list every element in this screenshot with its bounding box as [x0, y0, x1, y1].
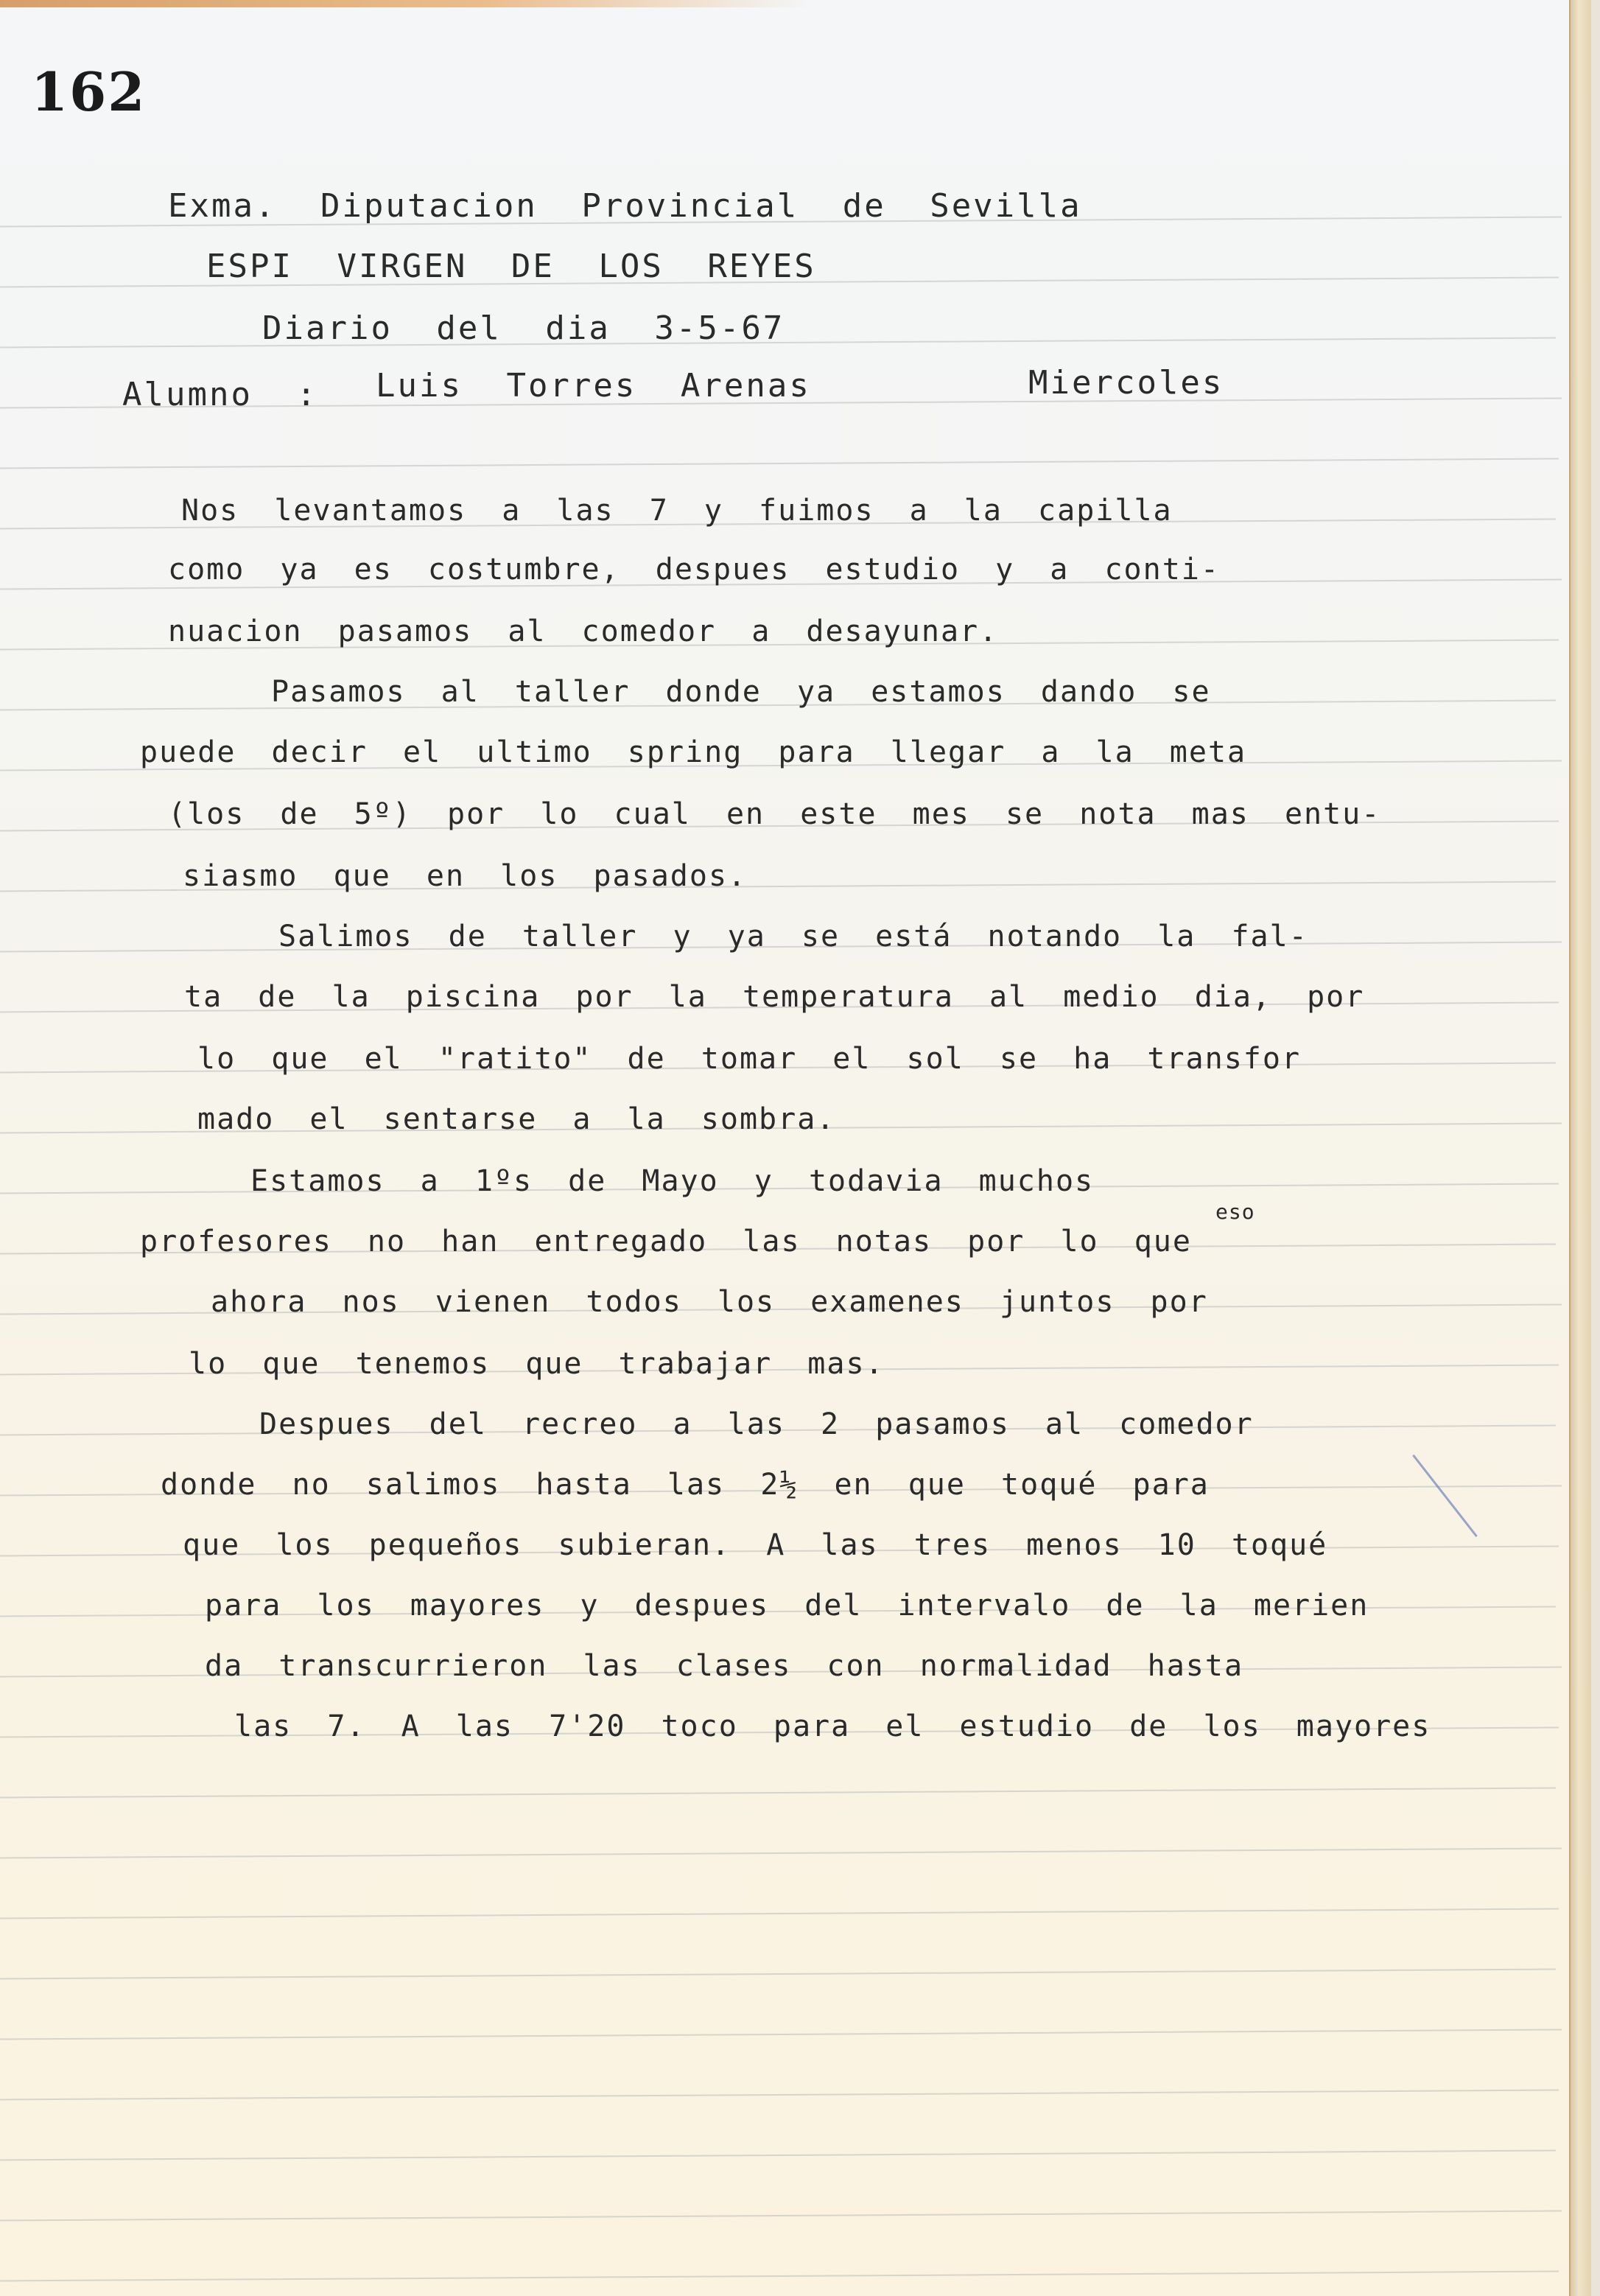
diary-line: las 7. A las 7'20 toco para el estudio d…: [234, 1709, 1431, 1743]
ruled-line: [0, 2211, 1562, 2222]
ruled-line: [0, 1848, 1562, 1859]
diary-line: da transcurrieron las clases con normali…: [205, 1649, 1243, 1683]
ruled-line: [0, 1969, 1556, 1980]
header-weekday: Miercoles: [1028, 364, 1224, 402]
page-number: 162: [31, 60, 146, 123]
ruled-line: [0, 2029, 1562, 2040]
diary-line: Estamos a 1ºs de Mayo y todavia muchos: [250, 1164, 1094, 1198]
diary-line: como ya es costumbre, despues estudio y …: [168, 553, 1220, 587]
diary-line: mado el sentarse a la sombra.: [197, 1102, 835, 1136]
ruled-line: [0, 2090, 1559, 2101]
ruled-line: [0, 1788, 1556, 1799]
diary-line: profesores no han entregado las notas po…: [140, 1225, 1192, 1259]
header-school: ESPI VIRGEN DE LOS REYES: [206, 248, 816, 285]
header-date: Diario del dia 3-5-67: [262, 309, 785, 347]
header-institution: Exma. Diputacion Provincial de Sevilla: [168, 187, 1082, 225]
diary-line: siasmo que en los pasados.: [183, 859, 747, 893]
page-edge-stain: [0, 0, 810, 7]
ruled-line: [0, 1908, 1559, 1919]
diary-line: donde no salimos hasta las 2½ en que toq…: [161, 1468, 1210, 1502]
diary-line: para los mayores y despues del intervalo…: [205, 1589, 1369, 1623]
diary-line: que los pequeños subieran. A las tres me…: [183, 1528, 1327, 1562]
notebook-binding-edge: [1569, 0, 1591, 2296]
diary-line: puede decir el ultimo spring para llegar…: [140, 735, 1246, 769]
stray-pen-stroke: [1412, 1455, 1478, 1537]
header-student-name: Luis Torres Arenas: [376, 367, 811, 405]
diary-line: ahora nos vienen todos los examenes junt…: [211, 1285, 1208, 1319]
diary-line: ta de la piscina por la temperatura al m…: [184, 980, 1364, 1014]
diary-line: nuacion pasamos al comedor a desayunar.: [168, 615, 998, 648]
notebook-page: 162 Exma. Diputacion Provincial de Sevil…: [0, 0, 1591, 2296]
ruled-line: [0, 2271, 1559, 2282]
diary-line: Despues del recreo a las 2 pasamos al co…: [259, 1407, 1254, 1441]
diary-line: (los de 5º) por lo cual en este mes se n…: [168, 797, 1380, 831]
diary-line: lo que el "ratito" de tomar el sol se ha…: [197, 1042, 1301, 1076]
diary-line: Pasamos al taller donde ya estamos dando…: [271, 675, 1211, 709]
header-student-label: Alumno :: [122, 376, 318, 413]
ruled-line: [0, 458, 1559, 469]
interlinear-correction: eso: [1215, 1200, 1255, 1224]
diary-line: lo que tenemos que trabajar mas.: [189, 1347, 885, 1381]
ruled-line: [0, 2150, 1556, 2161]
diary-line: Salimos de taller y ya se está notando l…: [278, 920, 1308, 953]
diary-line: Nos levantamos a las 7 y fuimos a la cap…: [181, 494, 1173, 528]
